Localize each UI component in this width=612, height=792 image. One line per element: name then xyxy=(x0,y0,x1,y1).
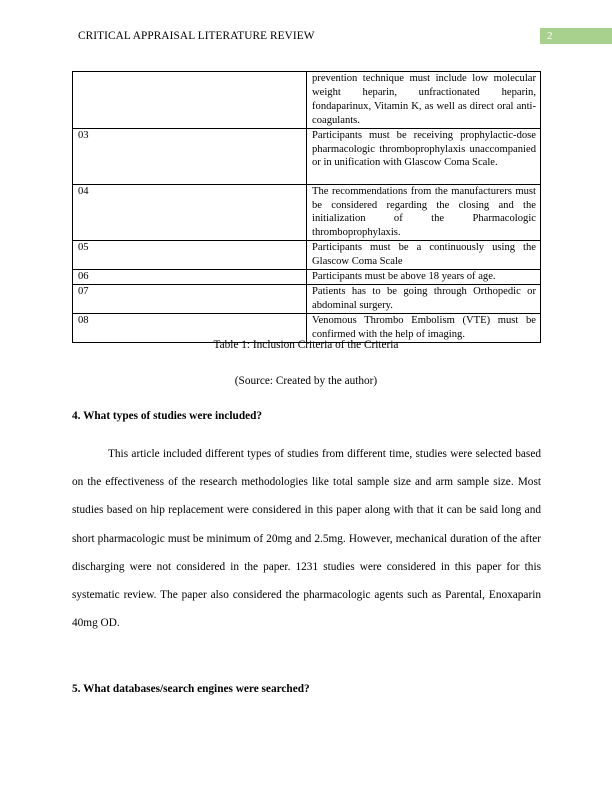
criteria-text-cell: Patients has to be going through Orthope… xyxy=(307,284,541,313)
section-4-paragraph: This article included different types of… xyxy=(72,440,541,637)
table-row: 07 Patients has to be going through Orth… xyxy=(73,284,541,313)
table-row: prevention technique must include low mo… xyxy=(73,72,541,129)
table-row: 05 Participants must be a continuously u… xyxy=(73,241,541,270)
table-source: (Source: Created by the author) xyxy=(0,375,612,387)
table-row: 03 Participants must be receiving prophy… xyxy=(73,128,541,184)
table-row: 06 Participants must be above 18 years o… xyxy=(73,270,541,285)
section-4-heading: 4. What types of studies were included? xyxy=(72,410,262,422)
criteria-text-cell: The recommendations from the manufacture… xyxy=(307,184,541,241)
page-number-badge: 2 xyxy=(540,28,612,44)
criteria-text-cell: Participants must be above 18 years of a… xyxy=(307,270,541,285)
criteria-text-cell: Venomous Thrombo Embolism (VTE) must be … xyxy=(307,313,541,342)
criteria-number-cell: 08 xyxy=(73,313,307,342)
table-caption: Table 1: Inclusion Criteria of the Crite… xyxy=(0,339,612,351)
table-row: 08 Venomous Thrombo Embolism (VTE) must … xyxy=(73,313,541,342)
criteria-number-cell: 05 xyxy=(73,241,307,270)
inclusion-criteria-table: prevention technique must include low mo… xyxy=(72,71,541,343)
criteria-text-cell: Participants must be a continuously usin… xyxy=(307,241,541,270)
criteria-text-cell: prevention technique must include low mo… xyxy=(307,72,541,129)
criteria-number-cell: 07 xyxy=(73,284,307,313)
running-header-title: CRITICAL APPRAISAL LITERATURE REVIEW xyxy=(78,30,315,42)
section-5-heading: 5. What databases/search engines were se… xyxy=(72,683,310,695)
criteria-text-cell: Participants must be receiving prophylac… xyxy=(307,128,541,184)
criteria-number-cell: 03 xyxy=(73,128,307,184)
table-row: 04 The recommendations from the manufact… xyxy=(73,184,541,241)
criteria-number-cell xyxy=(73,72,307,129)
criteria-number-cell: 04 xyxy=(73,184,307,241)
criteria-number-cell: 06 xyxy=(73,270,307,285)
